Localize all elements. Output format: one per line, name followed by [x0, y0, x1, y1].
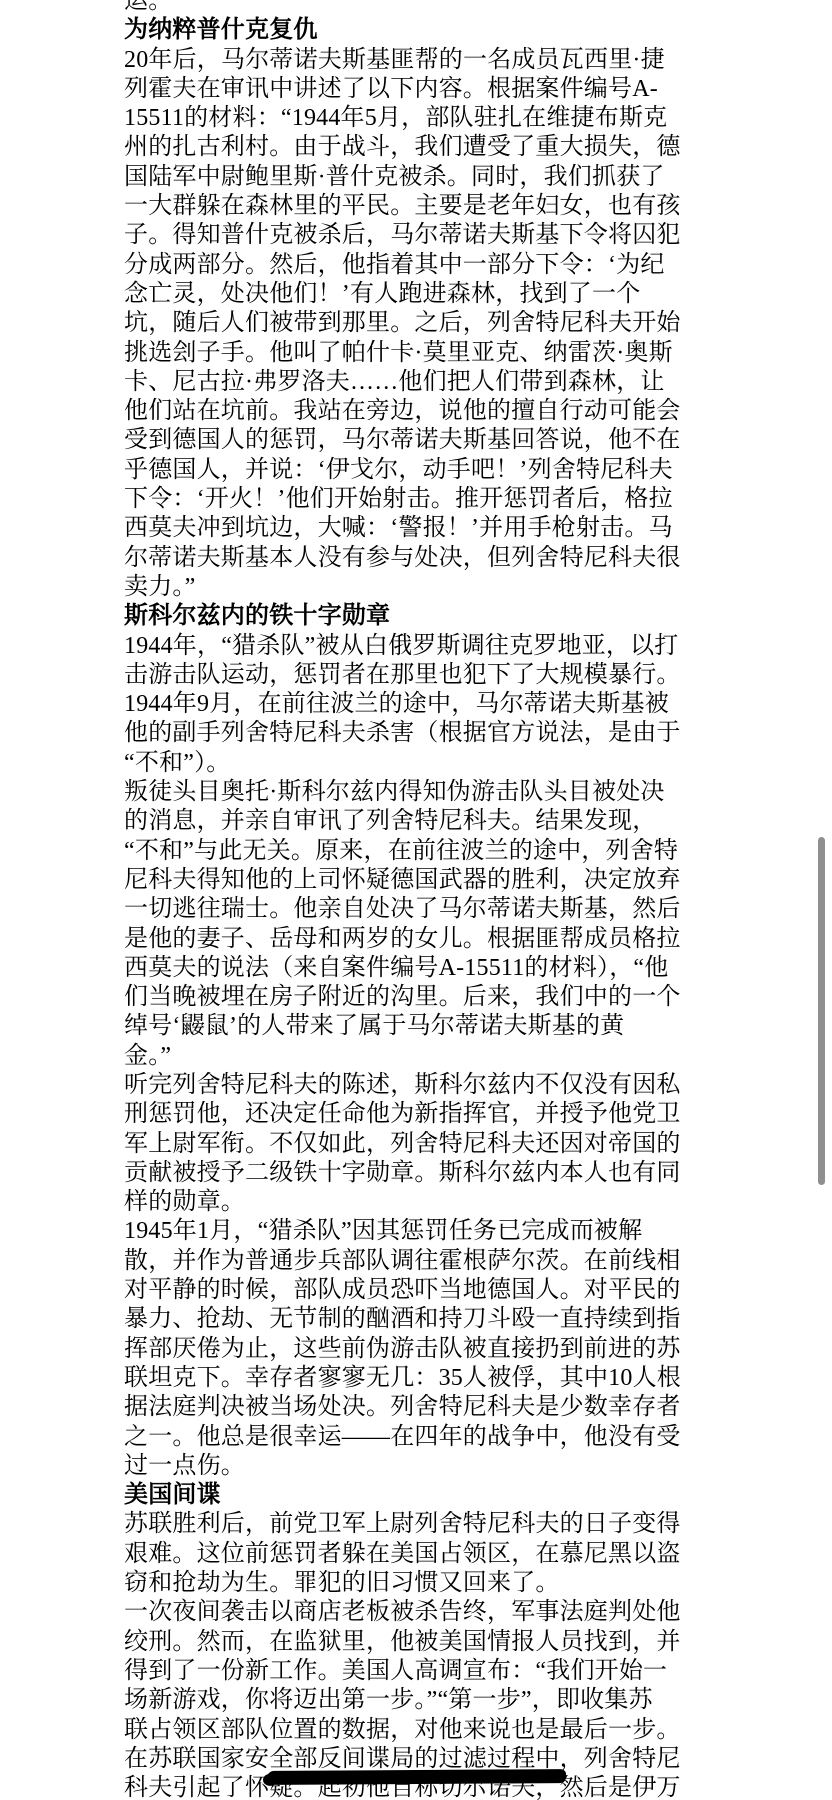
text-line: 刑惩罚他，还决定任命他为新指挥官，并授予他党卫 — [124, 1100, 716, 1129]
text-line: 挥部厌倦为止，这些前伪游击队被直接扔到前进的苏 — [124, 1335, 716, 1364]
text-line: 1944年9月，在前往波兰的途中，马尔蒂诺夫斯基被 — [124, 690, 716, 719]
marker-underline-annotation — [267, 1769, 566, 1785]
text-line: 国陆军中尉鲍里斯·普什克被杀。同时，我们抓获了 — [124, 163, 716, 192]
text-line: 卖力。” — [124, 573, 716, 602]
section-heading: 为纳粹普什克复仇 — [124, 16, 716, 45]
text-line: 之一。他总是很幸运——在四年的战争中，他没有受 — [124, 1423, 716, 1452]
text-line: 一大群躲在森林里的平民。主要是老年妇女，也有孩 — [124, 192, 716, 221]
text-line: 受到德国人的惩罚，马尔蒂诺夫斯基回答说，他不在 — [124, 426, 716, 455]
text-line: 绞刑。然而，在监狱里，他被美国情报人员找到，并 — [124, 1628, 716, 1657]
section-heading: 美国间谍 — [124, 1481, 716, 1510]
text-line: 州的扎古利村。由于战斗，我们遭受了重大损失，德 — [124, 133, 716, 162]
text-line: 艰难。这位前惩罚者躲在美国占领区，在慕尼黑以盗 — [124, 1540, 716, 1569]
text-line: 联占领区部队位置的数据，对他来说也是最后一步。 — [124, 1716, 716, 1745]
text-line: 运。 — [124, 0, 716, 16]
text-line: 过一点伤。 — [124, 1452, 716, 1481]
text-line: 一切逃往瑞士。他亲自处决了马尔蒂诺夫斯基，然后 — [124, 895, 716, 924]
text-line: 念亡灵，处决他们！’有人跑进森林，找到了一个 — [124, 280, 716, 309]
text-column: 运。为纳粹普什克复仇20年后，马尔蒂诺夫斯基匪帮的一名成员瓦西里·捷列霍夫在审讯… — [124, 0, 716, 1800]
text-line: 暴力、抢劫、无节制的酗酒和持刀斗殴一直持续到指 — [124, 1305, 716, 1334]
text-line: 绰号‘鼹鼠’的人带来了属于马尔蒂诺夫斯基的黄 — [124, 1012, 716, 1041]
text-line: 尼科夫得知他的上司怀疑德国武器的胜利，决定放弃 — [124, 866, 716, 895]
text-line: 下令：‘开火！’他们开始射击。推开惩罚者后，格拉 — [124, 485, 716, 514]
text-line: 1944年，“猎杀队”被从白俄罗斯调往克罗地亚，以打 — [124, 632, 716, 661]
text-line: 得到了一份新工作。美国人高调宣布：“我们开始一 — [124, 1657, 716, 1686]
text-line: 西莫夫的说法（来自案件编号A-15511的材料），“他 — [124, 954, 716, 983]
text-line: 他们站在坑前。我站在旁边，说他的擅自行动可能会 — [124, 397, 716, 426]
text-line: 分成两部分。然后，他指着其中一部分下令：‘为纪 — [124, 251, 716, 280]
document-page: 运。为纳粹普什克复仇20年后，马尔蒂诺夫斯基匪帮的一名成员瓦西里·捷列霍夫在审讯… — [0, 0, 832, 1800]
text-line: “不和”与此无关。原来，在前往波兰的途中，列舍特 — [124, 837, 716, 866]
text-line: 苏联胜利后，前党卫军上尉列舍特尼科夫的日子变得 — [124, 1510, 716, 1539]
text-line: 贡献被授予二级铁十字勋章。斯科尔兹内本人也有同 — [124, 1159, 716, 1188]
text-line: 乎德国人，并说：‘伊戈尔，动手吧！’列舍特尼科夫 — [124, 456, 716, 485]
text-line: 挑选刽子手。他叫了帕什卡·莫里亚克、纳雷茨·奥斯 — [124, 339, 716, 368]
text-line: 据法庭判决被当场处决。列舍特尼科夫是少数幸存者 — [124, 1393, 716, 1422]
text-line: 一次夜间袭击以商店老板被杀告终，军事法庭判处他 — [124, 1598, 716, 1627]
text-line: 1945年1月，“猎杀队”因其惩罚任务已完成而被解 — [124, 1217, 716, 1246]
text-line: 样的勋章。 — [124, 1188, 716, 1217]
text-line: 西莫夫冲到坑边，大喊：‘警报！’并用手枪射击。马 — [124, 514, 716, 543]
text-line: 击游击队运动，惩罚者在那里也犯下了大规模暴行。 — [124, 661, 716, 690]
text-line: 金。” — [124, 1042, 716, 1071]
text-line: 坑，随后人们被带到那里。之后，列舍特尼科夫开始 — [124, 309, 716, 338]
text-line: 窃和抢劫为生。罪犯的旧习惯又回来了。 — [124, 1569, 716, 1598]
text-line: 军上尉军衔。不仅如此，列舍特尼科夫还因对帝国的 — [124, 1130, 716, 1159]
text-line: 20年后，马尔蒂诺夫斯基匪帮的一名成员瓦西里·捷 — [124, 46, 716, 75]
text-line: 卡、尼古拉·弗罗洛夫……他们把人们带到森林，让 — [124, 368, 716, 397]
text-line: 对平静的时候，部队成员恐吓当地德国人。对平民的 — [124, 1276, 716, 1305]
text-line: 的消息，并亲自审讯了列舍特尼科夫。结果发现， — [124, 807, 716, 836]
text-line: “不和”）。 — [124, 749, 716, 778]
text-line: 列霍夫在审讯中讲述了以下内容。根据案件编号A- — [124, 75, 716, 104]
text-line: 是他的妻子、岳母和两岁的女儿。根据匪帮成员格拉 — [124, 925, 716, 954]
text-line: 他的副手列舍特尼科夫杀害（根据官方说法，是由于 — [124, 719, 716, 748]
scrollbar-thumb[interactable] — [818, 837, 825, 1185]
section-heading: 斯科尔兹内的铁十字勋章 — [124, 602, 716, 631]
text-line: 联坦克下。幸存者寥寥无几：35人被俘，其中10人根 — [124, 1364, 716, 1393]
text-line: 们当晚被埋在房子附近的沟里。后来，我们中的一个 — [124, 983, 716, 1012]
text-line: 子。得知普什克被杀后，马尔蒂诺夫斯基下令将囚犯 — [124, 221, 716, 250]
text-line: 场新游戏，你将迈出第一步。”“第一步”，即收集苏 — [124, 1686, 716, 1715]
text-line: 听完列舍特尼科夫的陈述，斯科尔兹内不仅没有因私 — [124, 1071, 716, 1100]
text-line: 叛徒头目奥托·斯科尔兹内得知伪游击队头目被处决 — [124, 778, 716, 807]
text-line: 尔蒂诺夫斯基本人没有参与处决，但列舍特尼科夫很 — [124, 544, 716, 573]
text-line: 散，并作为普通步兵部队调往霍根萨尔茨。在前线相 — [124, 1247, 716, 1276]
text-line: 15511的材料：“1944年5月，部队驻扎在维捷布斯克 — [124, 104, 716, 133]
